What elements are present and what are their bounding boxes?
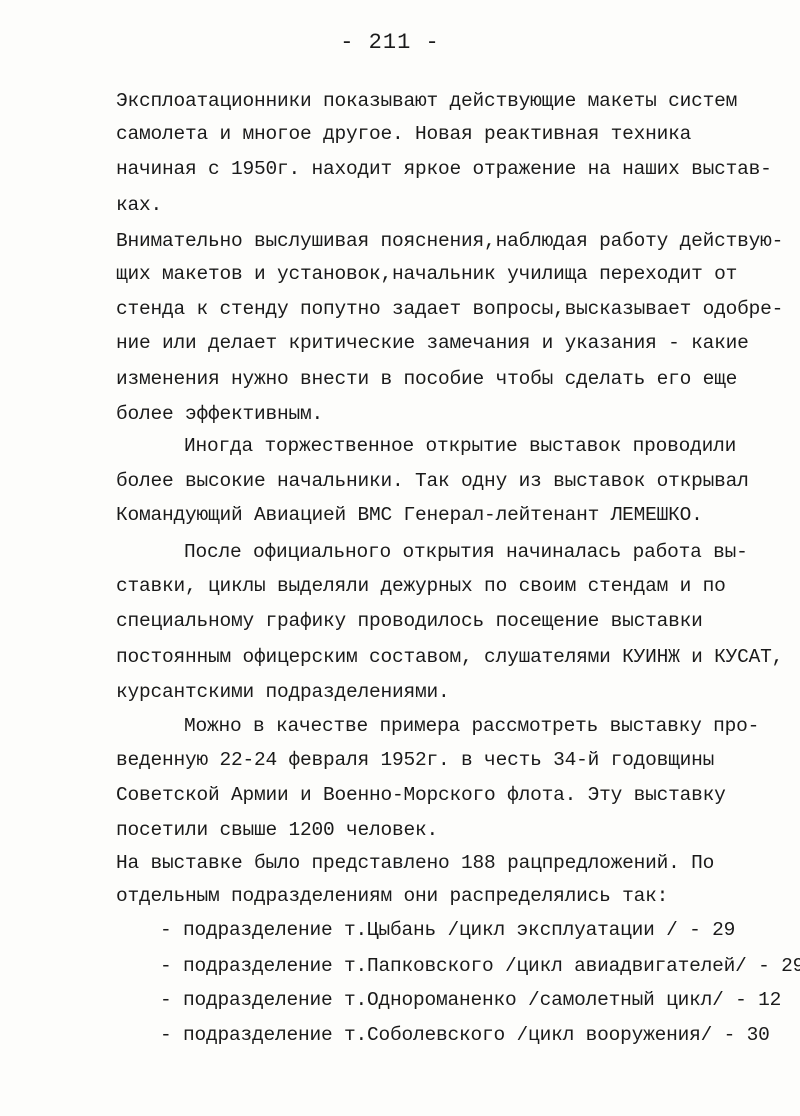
text-line: посетили свыше 1200 человек. xyxy=(116,818,438,842)
list-item: - подразделение т.Соболевского /цикл воо… xyxy=(160,1023,770,1047)
text-line: специальному графику проводилось посещен… xyxy=(116,609,703,633)
text-line: ние или делает критические замечания и у… xyxy=(116,331,749,355)
text-line: Внимательно выслушивая пояснения,наблюда… xyxy=(116,229,783,253)
text-line: Командующий Авиацией ВМС Генерал-лейтена… xyxy=(116,503,703,527)
text-line: курсантскими подразделениями. xyxy=(116,680,450,704)
text-line: На выставке было представлено 188 рацпре… xyxy=(116,851,714,875)
text-line: стенда к стенду попутно задает вопросы,в… xyxy=(116,297,783,321)
text-line: отдельным подразделениям они распределял… xyxy=(116,884,668,908)
list-item: - подразделение т.Папковского /цикл авиа… xyxy=(160,954,800,978)
text-line: Советской Армии и Военно-Морского флота.… xyxy=(116,783,726,807)
text-line: щих макетов и установок,начальник училищ… xyxy=(116,262,737,286)
text-line: начиная с 1950г. находит яркое отражение… xyxy=(116,157,772,181)
text-line: Можно в качестве примера рассмотреть выс… xyxy=(184,714,759,738)
list-item: - подразделение т.Цыбань /цикл эксплуата… xyxy=(160,918,735,942)
list-item: - подразделение т.Однороманенко /самолет… xyxy=(160,988,781,1012)
text-line: ках. xyxy=(116,193,162,217)
page-number: - 211 - xyxy=(0,30,780,55)
text-line: более высокие начальники. Так одну из вы… xyxy=(116,469,749,493)
text-line: изменения нужно внести в пособие чтобы с… xyxy=(116,367,737,391)
text-line: ставки, циклы выделяли дежурных по своим… xyxy=(116,574,726,598)
text-line: более эффективным. xyxy=(116,402,323,426)
text-line: Эксплоатационники показывают действующие… xyxy=(116,89,737,113)
text-line: постоянным офицерским составом, слушател… xyxy=(116,645,783,669)
text-line: Иногда торжественное открытие выставок п… xyxy=(184,434,736,458)
text-line: самолета и многое другое. Новая реактивн… xyxy=(116,122,691,146)
text-line: После официального открытия начиналась р… xyxy=(184,540,748,564)
text-line: веденную 22-24 февраля 1952г. в честь 34… xyxy=(116,748,714,772)
